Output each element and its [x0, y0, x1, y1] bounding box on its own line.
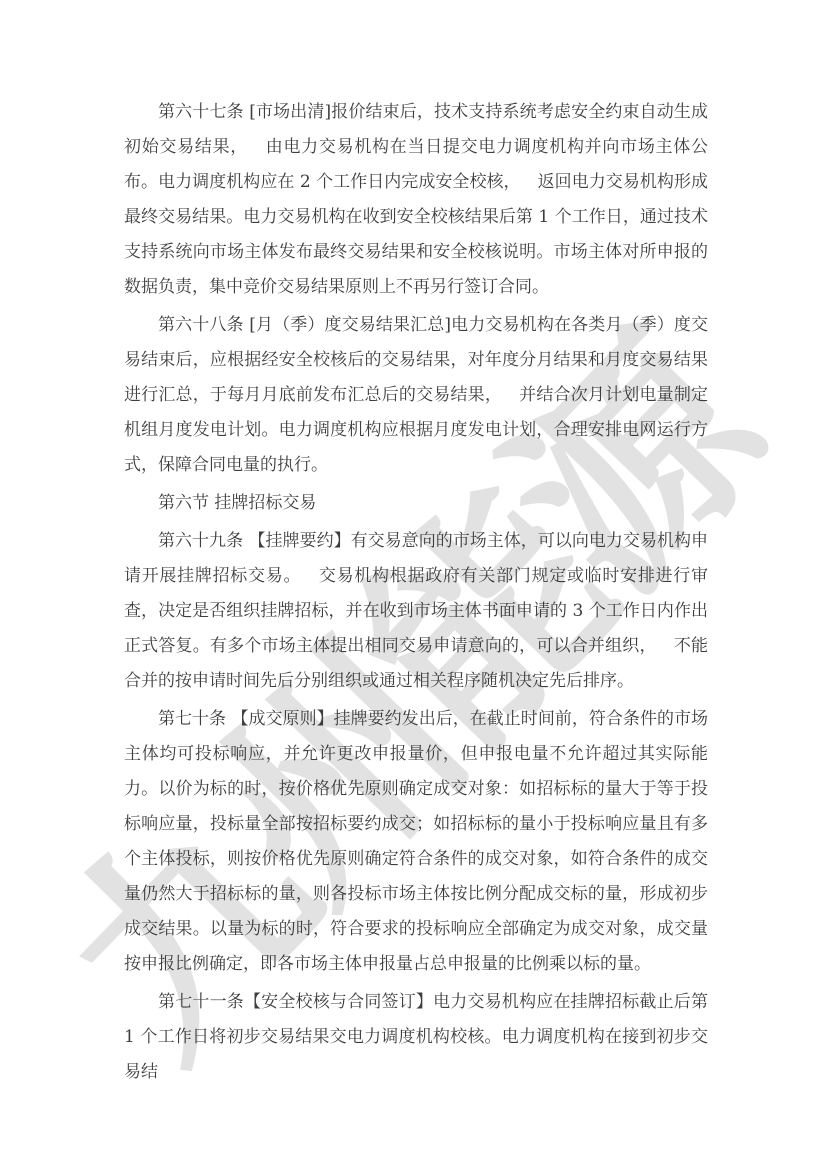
paragraph-article-69: 第六十九条 【挂牌要约】有交易意向的市场主体，可以向电力交易机构申请开展挂牌招标… [124, 524, 708, 699]
section-heading: 第六节 挂牌招标交易 [124, 486, 708, 521]
document-page: 九州能源 第六十七条 [市场出清]报价结束后，技术支持系统考虑安全约束自动生成初… [0, 0, 826, 1169]
paragraph-article-70: 第七十条 【成交原则】挂牌要约发出后，在截止时间前，符合条件的市场主体均可投标响… [124, 702, 708, 982]
paragraph-article-67: 第六十七条 [市场出清]报价结束后，技术支持系统考虑安全约束自动生成初始交易结果… [124, 95, 708, 305]
document-body: 第六十七条 [市场出清]报价结束后，技术支持系统考虑安全约束自动生成初始交易结果… [124, 95, 708, 1093]
paragraph-article-68: 第六十八条 [月（季）度交易结果汇总]电力交易机构在各类月（季）度交易结束后，应… [124, 308, 708, 483]
paragraph-article-71: 第七十一条【安全校核与合同签订】电力交易机构应在挂牌招标截止后第 1 个工作日将… [124, 985, 708, 1090]
